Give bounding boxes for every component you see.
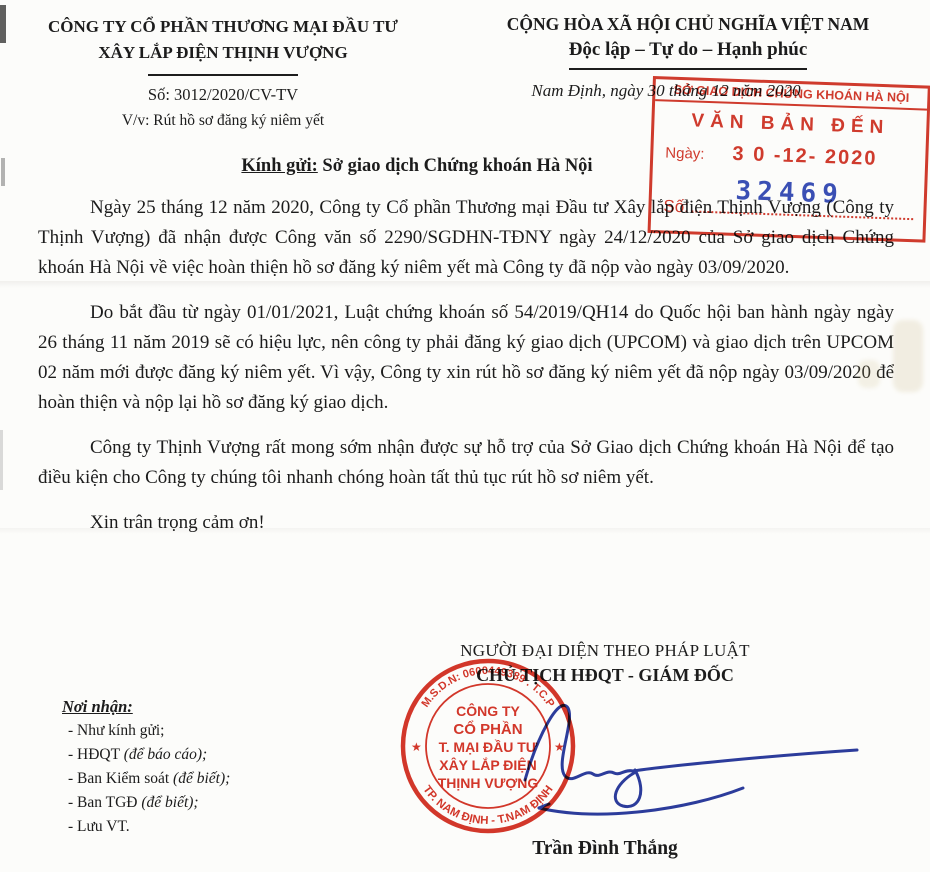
seal-star-left-icon: ★ bbox=[411, 740, 422, 754]
stamp-number-value: 32469 bbox=[735, 176, 844, 210]
scan-artifact bbox=[0, 430, 3, 490]
national-motto: Độc lập – Tự do – Hạnh phúc bbox=[446, 39, 930, 61]
recipient-note: (để biết); bbox=[173, 770, 230, 787]
company-seal: M.S.D.N: 0600449389 . T.C.P TP. NAM ĐỊNH… bbox=[398, 656, 578, 836]
header-divider-left bbox=[148, 74, 298, 76]
signer-name: Trần Đình Thắng bbox=[370, 838, 840, 860]
header-divider-right bbox=[569, 68, 807, 70]
recipient-item: - HĐQT (để báo cáo); bbox=[62, 744, 230, 765]
recipient-item: - Ban Kiểm soát (để biết); bbox=[62, 768, 230, 789]
company-name-line1: CÔNG TY CỔ PHẦN THƯƠNG MẠI ĐẦU TƯ bbox=[0, 14, 446, 40]
salutation-recipient: Sở giao dịch Chứng khoán Hà Nội bbox=[318, 156, 593, 176]
paragraph-2: Do bắt đầu từ ngày 01/01/2021, Luật chứn… bbox=[38, 298, 894, 418]
recipient-item: - Ban TGĐ (để biết); bbox=[62, 792, 230, 813]
recipient-note: (để biết); bbox=[141, 794, 198, 811]
received-stamp: SỞ GIAO DỊCH CHỨNG KHOÁN HÀ NỘI VĂN BẢN … bbox=[648, 76, 930, 243]
seal-center-line5: THỊNH VƯỢNG bbox=[438, 775, 539, 791]
stamp-organization: SỞ GIAO DỊCH CHỨNG KHOÁN HÀ NỘI bbox=[655, 79, 928, 110]
document-number: Số: 3012/2020/CV-TV bbox=[0, 85, 446, 105]
stamp-dotted-line: 32469 bbox=[691, 182, 914, 220]
issuer-block: CÔNG TY CỔ PHẦN THƯƠNG MẠI ĐẦU TƯ XÂY LẮ… bbox=[0, 14, 446, 130]
recipient-item: - Lưu VT. bbox=[62, 816, 230, 837]
recipient-text: - Ban TGĐ bbox=[68, 794, 141, 811]
recipients-title: Nơi nhận: bbox=[62, 697, 230, 717]
salutation-label: Kính gửi: bbox=[241, 156, 317, 176]
scan-smudge bbox=[893, 320, 923, 392]
stamp-number-label: Số: bbox=[663, 196, 689, 217]
seal-center-line4: XÂY LẮP ĐIỆN bbox=[439, 756, 537, 773]
seal-center-line3: T. MẠI ĐẦU TƯ bbox=[439, 739, 538, 755]
seal-star-right-icon: ★ bbox=[554, 740, 565, 754]
recipients-block: Nơi nhận: - Như kính gửi; - HĐQT (để báo… bbox=[62, 697, 230, 837]
official-letter-page: CÔNG TY CỔ PHẦN THƯƠNG MẠI ĐẦU TƯ XÂY LẮ… bbox=[0, 0, 930, 872]
closing-line: Xin trân trọng cảm ơn! bbox=[38, 508, 894, 538]
company-name-line2: XÂY LẮP ĐIỆN THỊNH VƯỢNG bbox=[0, 40, 446, 66]
seal-center-line1: CÔNG TY bbox=[456, 702, 520, 719]
paragraph-3: Công ty Thịnh Vượng rất mong sớm nhận đư… bbox=[38, 433, 894, 493]
recipient-text: - Lưu VT. bbox=[68, 818, 130, 835]
recipient-note: (để báo cáo); bbox=[124, 746, 208, 763]
recipient-text: - Ban Kiểm soát bbox=[68, 770, 173, 787]
recipient-text: - HĐQT bbox=[68, 746, 124, 763]
letter-body: Ngày 25 tháng 12 năm 2020, Công ty Cổ ph… bbox=[38, 193, 894, 538]
seal-center-line2: CỔ PHẦN bbox=[453, 720, 522, 738]
stamp-number-row: Số: 32469 bbox=[651, 163, 925, 239]
stamp-date-label: Ngày: bbox=[665, 144, 705, 162]
recipient-text: - Như kính gửi; bbox=[68, 722, 164, 739]
national-title: CỘNG HÒA XÃ HỘI CHỦ NGHĨA VIỆT NAM bbox=[446, 14, 930, 35]
recipient-item: - Như kính gửi; bbox=[62, 720, 230, 741]
document-subject: V/v: Rút hồ sơ đăng ký niêm yết bbox=[0, 112, 446, 130]
